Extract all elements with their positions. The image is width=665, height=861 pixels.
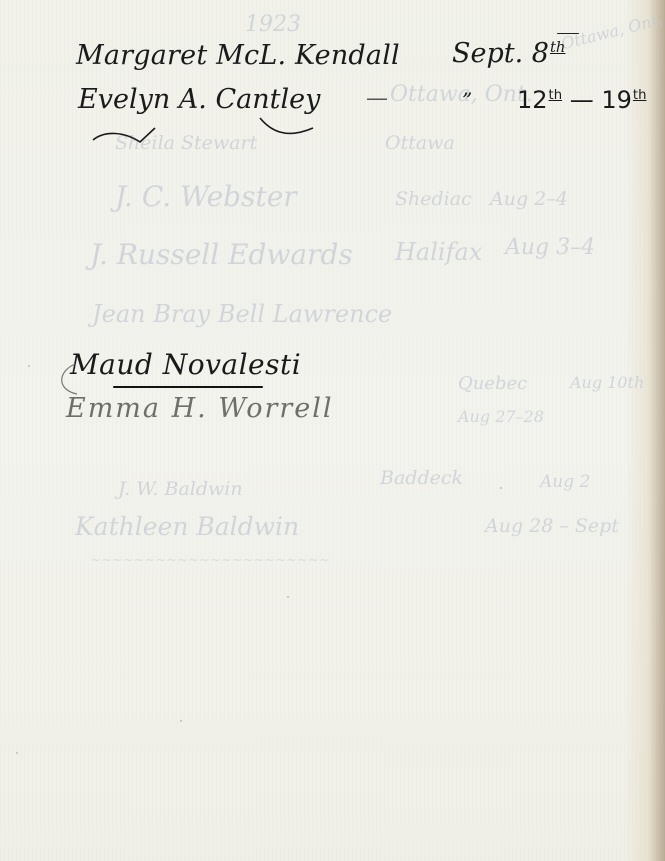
bleed-through-date: Aug 2 xyxy=(540,472,590,492)
bleed-through-place: Ottawa xyxy=(385,132,455,154)
entry-date-ordinal: th xyxy=(549,88,563,103)
bleed-through-date: Aug 10th xyxy=(570,373,644,392)
guestbook-page: 1923 Ottawa, Ont. Ottawa, Ont. Sheila St… xyxy=(0,0,665,861)
paper-speck xyxy=(28,365,30,367)
bleed-through-date: Aug 2–4 xyxy=(490,188,568,210)
entry-name: Margaret McL. Kendall xyxy=(76,40,400,71)
paper-speck xyxy=(16,752,18,754)
entry-separator: — xyxy=(366,86,388,111)
bleed-through-place: Halifax xyxy=(395,238,482,266)
entry-date: Sept. 8th xyxy=(452,38,565,69)
bleed-through-place: Quebec xyxy=(458,373,527,394)
entry-name: Emma H. Worrell xyxy=(66,393,334,424)
bleed-through-name: J. W. Baldwin xyxy=(118,478,243,500)
bleed-through-scribble: ~~~~~~~~~~~~~~~~~~~~~~ xyxy=(90,553,330,568)
paper-speck xyxy=(500,487,502,489)
bleed-through-name: Jean Bray Bell Lawrence xyxy=(92,300,392,328)
bleed-through-name: Kathleen Baldwin xyxy=(75,512,299,541)
bleed-through-name: J. C. Webster xyxy=(115,180,297,213)
bleed-through-name: J. Russell Edwards xyxy=(90,238,353,271)
entry-date: 12th — 19th xyxy=(517,86,646,114)
paper-speck xyxy=(287,596,289,598)
bleed-through-place: Shediac xyxy=(395,188,472,210)
entry-date-range-separator: — xyxy=(570,86,594,114)
entry-date-end: 19 xyxy=(601,86,632,114)
entry-ditto-mark: ” xyxy=(462,88,472,112)
entry-date-value: Sept. 8 xyxy=(452,38,549,69)
bleed-through-text: Ottawa, Ont. xyxy=(559,10,664,54)
signature-flourish xyxy=(85,100,325,160)
bleed-through-date: Aug 3–4 xyxy=(505,235,595,260)
entry-date-ordinal: th xyxy=(550,38,566,56)
date-overline xyxy=(557,33,579,34)
paper-speck xyxy=(180,720,182,722)
bleed-through-place: Baddeck xyxy=(380,467,463,489)
entry-date-start: 12 xyxy=(517,86,548,114)
bleed-through-date: Aug 28 – Sept xyxy=(485,515,619,537)
signature-underline xyxy=(113,386,263,388)
bleed-through-date: Aug 27–28 xyxy=(458,407,544,426)
entry-date-ordinal: th xyxy=(633,88,647,103)
bleed-through-year: 1923 xyxy=(245,12,301,37)
